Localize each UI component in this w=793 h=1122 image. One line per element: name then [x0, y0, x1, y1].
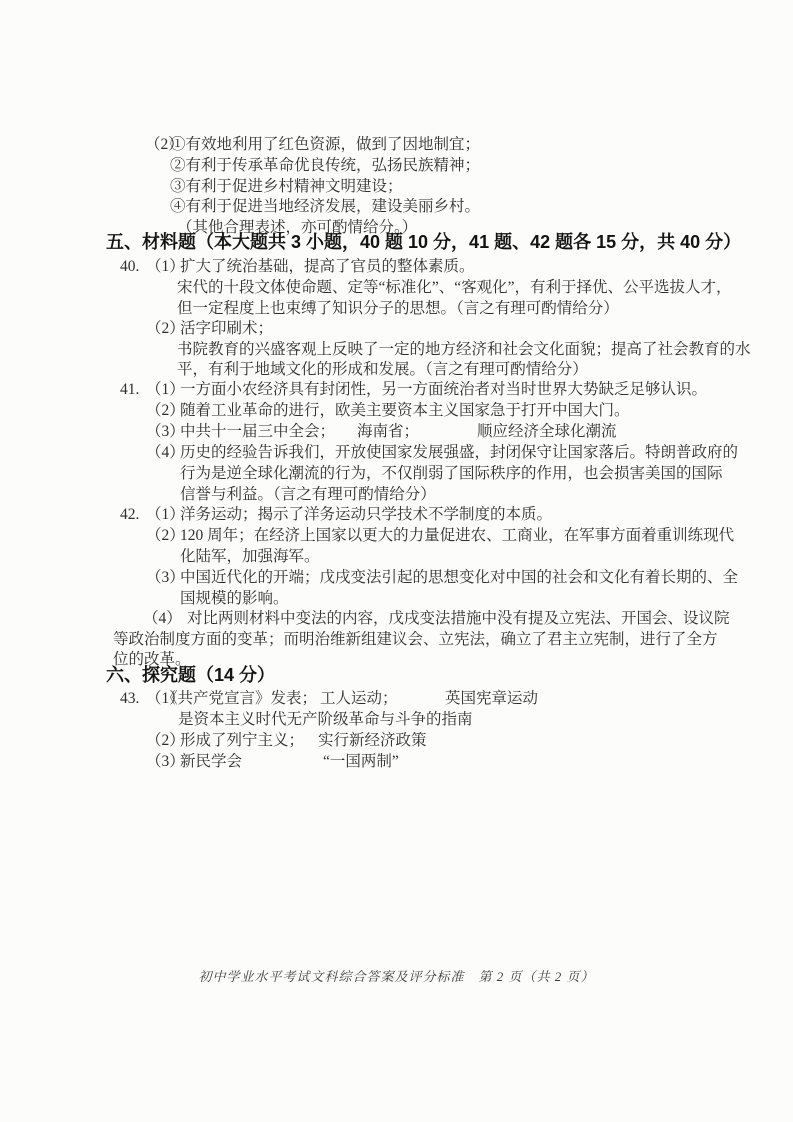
q39-answer2-line2: ②有利于传承革命优良传统，弘扬民族精神； [100, 155, 720, 176]
q39-answer2-item4: ④有利于促进当地经济发展，建设美丽乡村。 [170, 196, 480, 217]
q42-answer4-line2: 等政治制度方面的变革；而明治维新组建议会、立宪法，确立了君主立宪制，进行了全方 [100, 629, 720, 650]
q40-answer2-line3: 平，有利于地域文化的形成和发展。（言之有理可酌情给分） [100, 359, 720, 380]
q41-answer4-text1: 历史的经验告诉我们，开放使国家发展强盛，封闭保守让国家落后。特朗普政府的 [180, 442, 738, 463]
section-6-heading-text: 六、探究题（14 分） [106, 665, 275, 686]
q42-number: 42. [120, 504, 139, 525]
q40-answer2-text3: 平，有利于地域文化的形成和发展。（言之有理可酌情给分） [177, 359, 588, 380]
q42-answer4-text2: 等政治制度方面的变革；而明治维新组建议会、立宪法，确立了君主立宪制，进行了全方 [113, 629, 718, 650]
q42-answer1-label: （1） [146, 504, 185, 525]
q43-answer1-line1: 43. （1） 《共产党宣言》发表； 工人运动； 英国宪章运动 [100, 688, 720, 709]
q43-answer2-line: （2） 形成了列宁主义； 实行新经济政策 [100, 730, 720, 751]
q43-number: 43. [120, 688, 139, 709]
q42-answer4-label: （4） [143, 608, 182, 629]
page-footer: 初中学业水平考试文科综合答案及评分标准 第 2 页（共 2 页） [0, 966, 793, 985]
q42-answer1-line: 42. （1） 洋务运动；揭示了洋务运动只学技术不学制度的本质。 [100, 504, 720, 525]
q40-answer2-line2: 书院教育的兴盛客观上反映了一定的地方经济和社会文化面貌；提高了社会教育的水 [100, 339, 720, 360]
q39-answer2-line1: （2） ①有效地利用了红色资源，做到了因地制宜； [100, 134, 720, 155]
q41-answer4-line2: 行为是逆全球化潮流的行为，不仅削弱了国际秩序的作用，也会损害美国的国际 [100, 463, 720, 484]
q41-answer3-col2: 海南省； [357, 421, 419, 442]
section-6-heading: 六、探究题（14 分） [100, 665, 720, 686]
q43-answer1-line2: 是资本主义时代无产阶级革命与斗争的指南 [100, 709, 720, 730]
q43-answer3-col1: 新民学会 [180, 751, 242, 772]
q40-answer1-line3: 但一定程度上也束缚了知识分子的思想。（言之有理可酌情给分） [100, 298, 720, 319]
q40-answer2-text2: 书院教育的兴盛客观上反映了一定的地方经济和社会文化面貌；提高了社会教育的水 [177, 339, 751, 360]
q42-answer3-text2: 国规模的影响。 [180, 588, 289, 609]
q41-answer2-label: （2） [146, 400, 185, 421]
q41-answer2-line: （2） 随着工业革命的进行，欧美主要资本主义国家急于打开中国大门。 [100, 400, 720, 421]
q41-answer3-col1: 中共十一届三中全会； [180, 421, 335, 442]
q43-answer1-text2: 是资本主义时代无产阶级革命与斗争的指南 [178, 709, 473, 730]
q39-answer2-item1: ①有效地利用了红色资源，做到了因地制宜； [170, 134, 480, 155]
q43-answer3-label: （3） [146, 751, 185, 772]
q39-answer2-item2: ②有利于传承革命优良传统，弘扬民族精神； [170, 155, 480, 176]
q41-answer3-line: （3） 中共十一届三中全会； 海南省； 顺应经济全球化潮流 [100, 421, 720, 442]
q39-answer2-line4: ④有利于促进当地经济发展，建设美丽乡村。 [100, 196, 720, 217]
q42-answer4-text1: 对比两则材料中变法的内容，戊戌变法措施中没有提及立宪法、开国会、设议院 [187, 608, 730, 629]
q43-answer1-col2: 工人运动； [320, 688, 398, 709]
q40-answer1-text2: 宋代的十段文体使命题、定等“标准化”、“客观化”，有利于择优、公平选拔人才， [177, 277, 732, 298]
q43-answer3-line: （3） 新民学会 “一国两制” [100, 751, 720, 772]
q43-answer3-col2: “一国两制” [323, 751, 399, 772]
q39-answer2-line3: ③有利于促进乡村精神文明建设； [100, 176, 720, 197]
q42-answer2-text1: 120 周年；在经济上国家以更大的力量促进农、工商业，在军事方面着重训练现代 [180, 525, 734, 546]
q40-answer1-text1: 扩大了统治基础，提高了官员的整体素质。 [180, 256, 475, 277]
q42-answer2-line2: 化陆军，加强海军。 [100, 546, 720, 567]
q42-answer3-label: （3） [146, 567, 185, 588]
q43-answer1-col1: 《共产党宣言》发表； [162, 688, 317, 709]
q41-answer3-label: （3） [146, 421, 185, 442]
q41-answer1-text: 一方面小农经济具有封闭性，另一方面统治者对当时世界大势缺乏足够认识。 [180, 379, 707, 400]
q42-answer3-line2: 国规模的影响。 [100, 588, 720, 609]
q39-answer2-item3: ③有利于促进乡村精神文明建设； [170, 176, 403, 197]
q40-answer1-text3: 但一定程度上也束缚了知识分子的思想。（言之有理可酌情给分） [177, 298, 619, 319]
q41-answer4-line3: 信誉与利益。（言之有理可酌情给分） [100, 484, 720, 505]
q41-answer3-col3: 顺应经济全球化潮流 [477, 421, 617, 442]
q41-number: 41. [120, 379, 139, 400]
q42-answer2-line1: （2） 120 周年；在经济上国家以更大的力量促进农、工商业，在军事方面着重训练… [100, 525, 720, 546]
q43-answer2-col1: 形成了列宁主义； [180, 730, 304, 751]
section-5-heading-text: 五、材料题（本大题共 3 小题，40 题 10 分，41 题、42 题各 15 … [106, 232, 741, 253]
q40-number: 40. [120, 256, 139, 277]
q40-answer1-line1: 40. （1） 扩大了统治基础，提高了官员的整体素质。 [100, 256, 720, 277]
q40-answer1-label: （1） [146, 256, 185, 277]
q40-answer2-line1: （2） 活字印刷术； [100, 318, 720, 339]
q42-answer3-line1: （3） 中国近代化的开端；戊戌变法引起的思想变化对中国的社会和文化有着长期的、全 [100, 567, 720, 588]
q42-answer1-text: 洋务运动；揭示了洋务运动只学技术不学制度的本质。 [180, 504, 552, 525]
q41-answer2-text: 随着工业革命的进行，欧美主要资本主义国家急于打开中国大门。 [180, 400, 630, 421]
q42-answer3-text1: 中国近代化的开端；戊戌变法引起的思想变化对中国的社会和文化有着长期的、全 [180, 567, 738, 588]
section-5-heading: 五、材料题（本大题共 3 小题，40 题 10 分，41 题、42 题各 15 … [100, 232, 720, 253]
q40-answer2-text1: 活字印刷术； [180, 318, 273, 339]
q41-answer4-line1: （4） 历史的经验告诉我们，开放使国家发展强盛，封闭保守让国家落后。特朗普政府的 [100, 442, 720, 463]
page-footer-text: 初中学业水平考试文科综合答案及评分标准 第 2 页（共 2 页） [198, 969, 594, 984]
q40-answer2-label: （2） [146, 318, 185, 339]
q43-answer2-label: （2） [146, 730, 185, 751]
q41-answer1-line: 41. （1） 一方面小农经济具有封闭性，另一方面统治者对当时世界大势缺乏足够认… [100, 379, 720, 400]
q43-answer2-col2: 实行新经济政策 [318, 730, 427, 751]
q42-answer2-label: （2） [146, 525, 185, 546]
q42-answer2-text2: 化陆军，加强海军。 [180, 546, 320, 567]
q43-answer1-col3: 英国宪章运动 [445, 688, 538, 709]
q42-answer4-line1: （4） 对比两则材料中变法的内容，戊戌变法措施中没有提及立宪法、开国会、设议院 [100, 608, 720, 629]
q41-answer4-label: （4） [146, 442, 185, 463]
q40-answer1-line2: 宋代的十段文体使命题、定等“标准化”、“客观化”，有利于择优、公平选拔人才， [100, 277, 720, 298]
q41-answer4-text3: 信誉与利益。（言之有理可酌情给分） [180, 484, 436, 505]
q41-answer4-text2: 行为是逆全球化潮流的行为，不仅削弱了国际秩序的作用，也会损害美国的国际 [180, 463, 723, 484]
exam-answer-sheet-page: （2） ①有效地利用了红色资源，做到了因地制宜； ②有利于传承革命优良传统，弘扬… [0, 0, 793, 1122]
q41-answer1-label: （1） [146, 379, 185, 400]
